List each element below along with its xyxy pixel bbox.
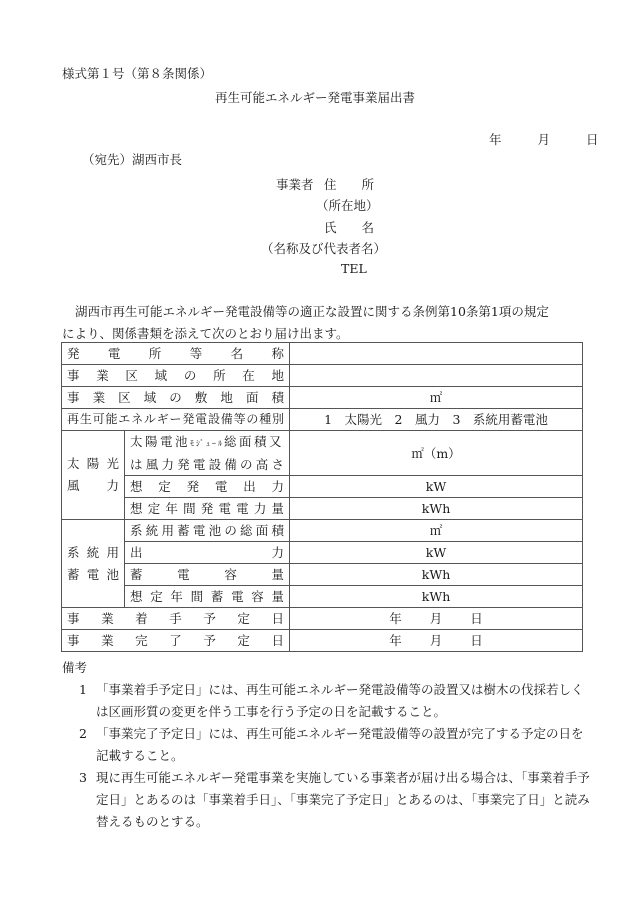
site-location-field[interactable] [290, 365, 583, 387]
table-row: 太陽光 風 力 太陽電池ﾓｼﾞｭｰﾙ総面積又 は風力発電設備の高さ ㎡（m） [62, 431, 583, 476]
notes-section: 備考 1「事業着手予定日」には、再生可能エネルギー発電設備等の設置又は樹木の伐採… [62, 657, 592, 833]
note-item: 2「事業完了予定日」には、再生可能エネルギー発電設備等の設置が完了する予定の日を… [62, 723, 592, 767]
battery-area-label: 系統用蓄電池の総面積 [125, 520, 290, 542]
equipment-type-label: 再生可能エネルギー発電設備等の種別 [62, 409, 290, 431]
site-area-field[interactable]: ㎡ [290, 387, 583, 409]
facility-name-label: 発電所等名称 [62, 343, 290, 365]
site-location-label: 事業区域の所在地 [62, 365, 290, 387]
document-title: 再生可能エネルギー発電事業届出書 [215, 88, 415, 106]
start-date-field[interactable]: 年月日 [290, 608, 583, 630]
notes-heading: 備考 [62, 657, 592, 679]
battery-area-field[interactable]: ㎡ [290, 520, 583, 542]
completion-date-label: 事業完了予定日 [62, 630, 290, 652]
name-label: 氏 名 [324, 218, 374, 236]
site-area-label: 事業区域の敷地面積 [62, 387, 290, 409]
table-row: 再生可能エネルギー発電設備等の種別 1 太陽光 2 風力 3 系統用蓄電池 [62, 409, 583, 431]
table-row: 事業区域の所在地 [62, 365, 583, 387]
module-area-field[interactable]: ㎡（m） [290, 431, 583, 476]
table-row: 事業完了予定日 年月日 [62, 630, 583, 652]
battery-group-label: 系統用 蓄電池 [62, 520, 125, 608]
addressee: （宛先）湖西市長 [82, 150, 182, 168]
table-row: 蓄電容量 kWh [62, 564, 583, 586]
note-item: 3現に再生可能エネルギー発電事業を実施している事業者が届け出る場合は、「事業着手… [62, 767, 592, 833]
address-label: 住 所 [324, 175, 374, 193]
tel-label: TEL [341, 261, 367, 276]
date-day: 日 [586, 130, 599, 148]
table-row: 想定年間発電電力量 kWh [62, 498, 583, 520]
expected-annual-generation-field[interactable]: kWh [290, 498, 583, 520]
annual-storage-field[interactable]: kWh [290, 586, 583, 608]
submission-date: 年 月 日 [489, 130, 598, 148]
storage-capacity-field[interactable]: kWh [290, 564, 583, 586]
notification-form-table: 発電所等名称 事業区域の所在地 事業区域の敷地面積 ㎡ 再生可能エネルギー発電設… [61, 342, 583, 652]
expected-annual-generation-label: 想定年間発電電力量 [125, 498, 290, 520]
form-number: 様式第１号（第８条関係） [62, 64, 212, 82]
battery-output-label: 出力 [125, 542, 290, 564]
date-month: 月 [537, 130, 550, 148]
date-year: 年 [489, 130, 502, 148]
module-area-label: 太陽電池ﾓｼﾞｭｰﾙ総面積又 は風力発電設備の高さ [125, 431, 290, 476]
solar-wind-group-label: 太陽光 風 力 [62, 431, 125, 520]
storage-capacity-label: 蓄電容量 [125, 564, 290, 586]
table-row: 想定年間蓄電容量 kWh [62, 586, 583, 608]
start-date-label: 事業着手予定日 [62, 608, 290, 630]
table-row: 出力 kW [62, 542, 583, 564]
table-row: 想定発電出力 kW [62, 476, 583, 498]
completion-date-field[interactable]: 年月日 [290, 630, 583, 652]
note-item: 1「事業着手予定日」には、再生可能エネルギー発電設備等の設置又は樹木の伐採若しく… [62, 679, 592, 723]
table-row: 事業着手予定日 年月日 [62, 608, 583, 630]
intro-paragraph: 湖西市再生可能エネルギー発電設備等の適正な設置に関する条例第10条第1項の規定 … [62, 301, 587, 345]
table-row: 事業区域の敷地面積 ㎡ [62, 387, 583, 409]
expected-output-label: 想定発電出力 [125, 476, 290, 498]
equipment-type-field[interactable]: 1 太陽光 2 風力 3 系統用蓄電池 [290, 409, 583, 431]
intro-line-1: 湖西市再生可能エネルギー発電設備等の適正な設置に関する条例第10条第1項の規定 [62, 301, 587, 323]
expected-output-field[interactable]: kW [290, 476, 583, 498]
name-sub-label: （名称及び代表者名） [261, 239, 386, 257]
battery-output-field[interactable]: kW [290, 542, 583, 564]
applicant-role: 事業者 [276, 175, 314, 193]
facility-name-field[interactable] [290, 343, 583, 365]
table-row: 発電所等名称 [62, 343, 583, 365]
annual-storage-label: 想定年間蓄電容量 [125, 586, 290, 608]
address-sub-label: （所在地） [316, 196, 379, 214]
table-row: 系統用 蓄電池 系統用蓄電池の総面積 ㎡ [62, 520, 583, 542]
